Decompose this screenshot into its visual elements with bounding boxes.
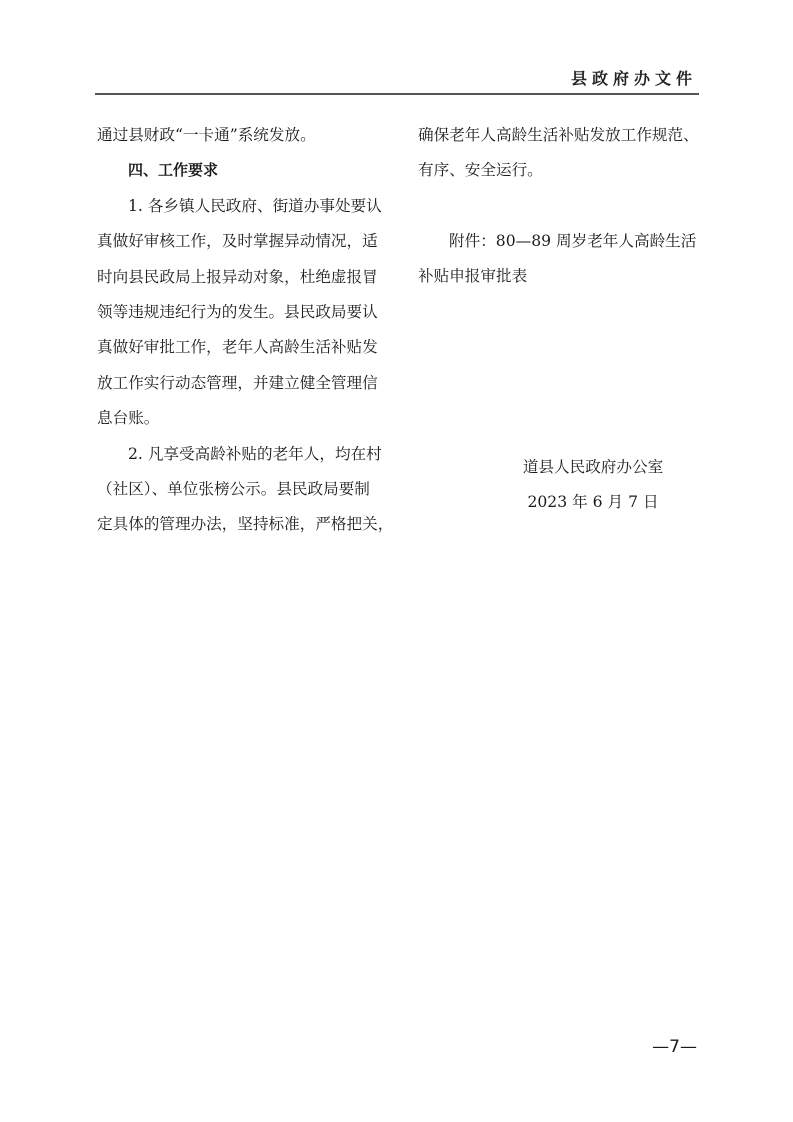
- attachment-line: 补贴申报审批表: [418, 259, 708, 294]
- paragraph-line: 有序、安全运行。: [418, 153, 708, 188]
- paragraph-line: 通过县财政“一卡通”系统发放。: [97, 118, 397, 153]
- spacer: [418, 189, 708, 224]
- paragraph-line: 时向县民政局上报异动对象，杜绝虚报冒: [97, 260, 397, 295]
- header-title: 县政府办文件: [571, 66, 697, 89]
- header-divider: [95, 93, 699, 95]
- attachment-line: 附件：80—89 周岁老年人高龄生活: [418, 224, 708, 259]
- section-heading: 四、工作要求: [97, 153, 397, 188]
- signature-block: 道县人民政府办公室 2023 年 6 月 7 日: [418, 450, 708, 520]
- paragraph-line: 确保老年人高龄生活补贴发放工作规范、: [418, 118, 708, 153]
- paragraph-line: 真做好审批工作，老年人高龄生活补贴发: [97, 330, 397, 365]
- paragraph-line: 1. 各乡镇人民政府、街道办事处要认: [97, 189, 397, 224]
- issuer-name: 道县人民政府办公室: [418, 450, 708, 485]
- paragraph-line: 定具体的管理办法，坚持标准，严格把关，: [97, 507, 397, 542]
- issue-date: 2023 年 6 月 7 日: [418, 485, 708, 520]
- paragraph-line: 2. 凡享受高龄补贴的老年人，均在村: [97, 437, 397, 472]
- paragraph-line: 息台账。: [97, 401, 397, 436]
- left-column: 通过县财政“一卡通”系统发放。 四、工作要求 1. 各乡镇人民政府、街道办事处要…: [97, 118, 397, 543]
- paragraph-line: 放工作实行动态管理，并建立健全管理信: [97, 366, 397, 401]
- page-number: —7—: [652, 1037, 697, 1057]
- paragraph-line: 真做好审核工作，及时掌握异动情况，适: [97, 224, 397, 259]
- paragraph-line: （社区）、单位张榜公示。县民政局要制: [97, 472, 397, 507]
- paragraph-line: 领等违规违纪行为的发生。县民政局要认: [97, 295, 397, 330]
- right-column: 确保老年人高龄生活补贴发放工作规范、 有序、安全运行。 附件：80—89 周岁老…: [418, 118, 708, 295]
